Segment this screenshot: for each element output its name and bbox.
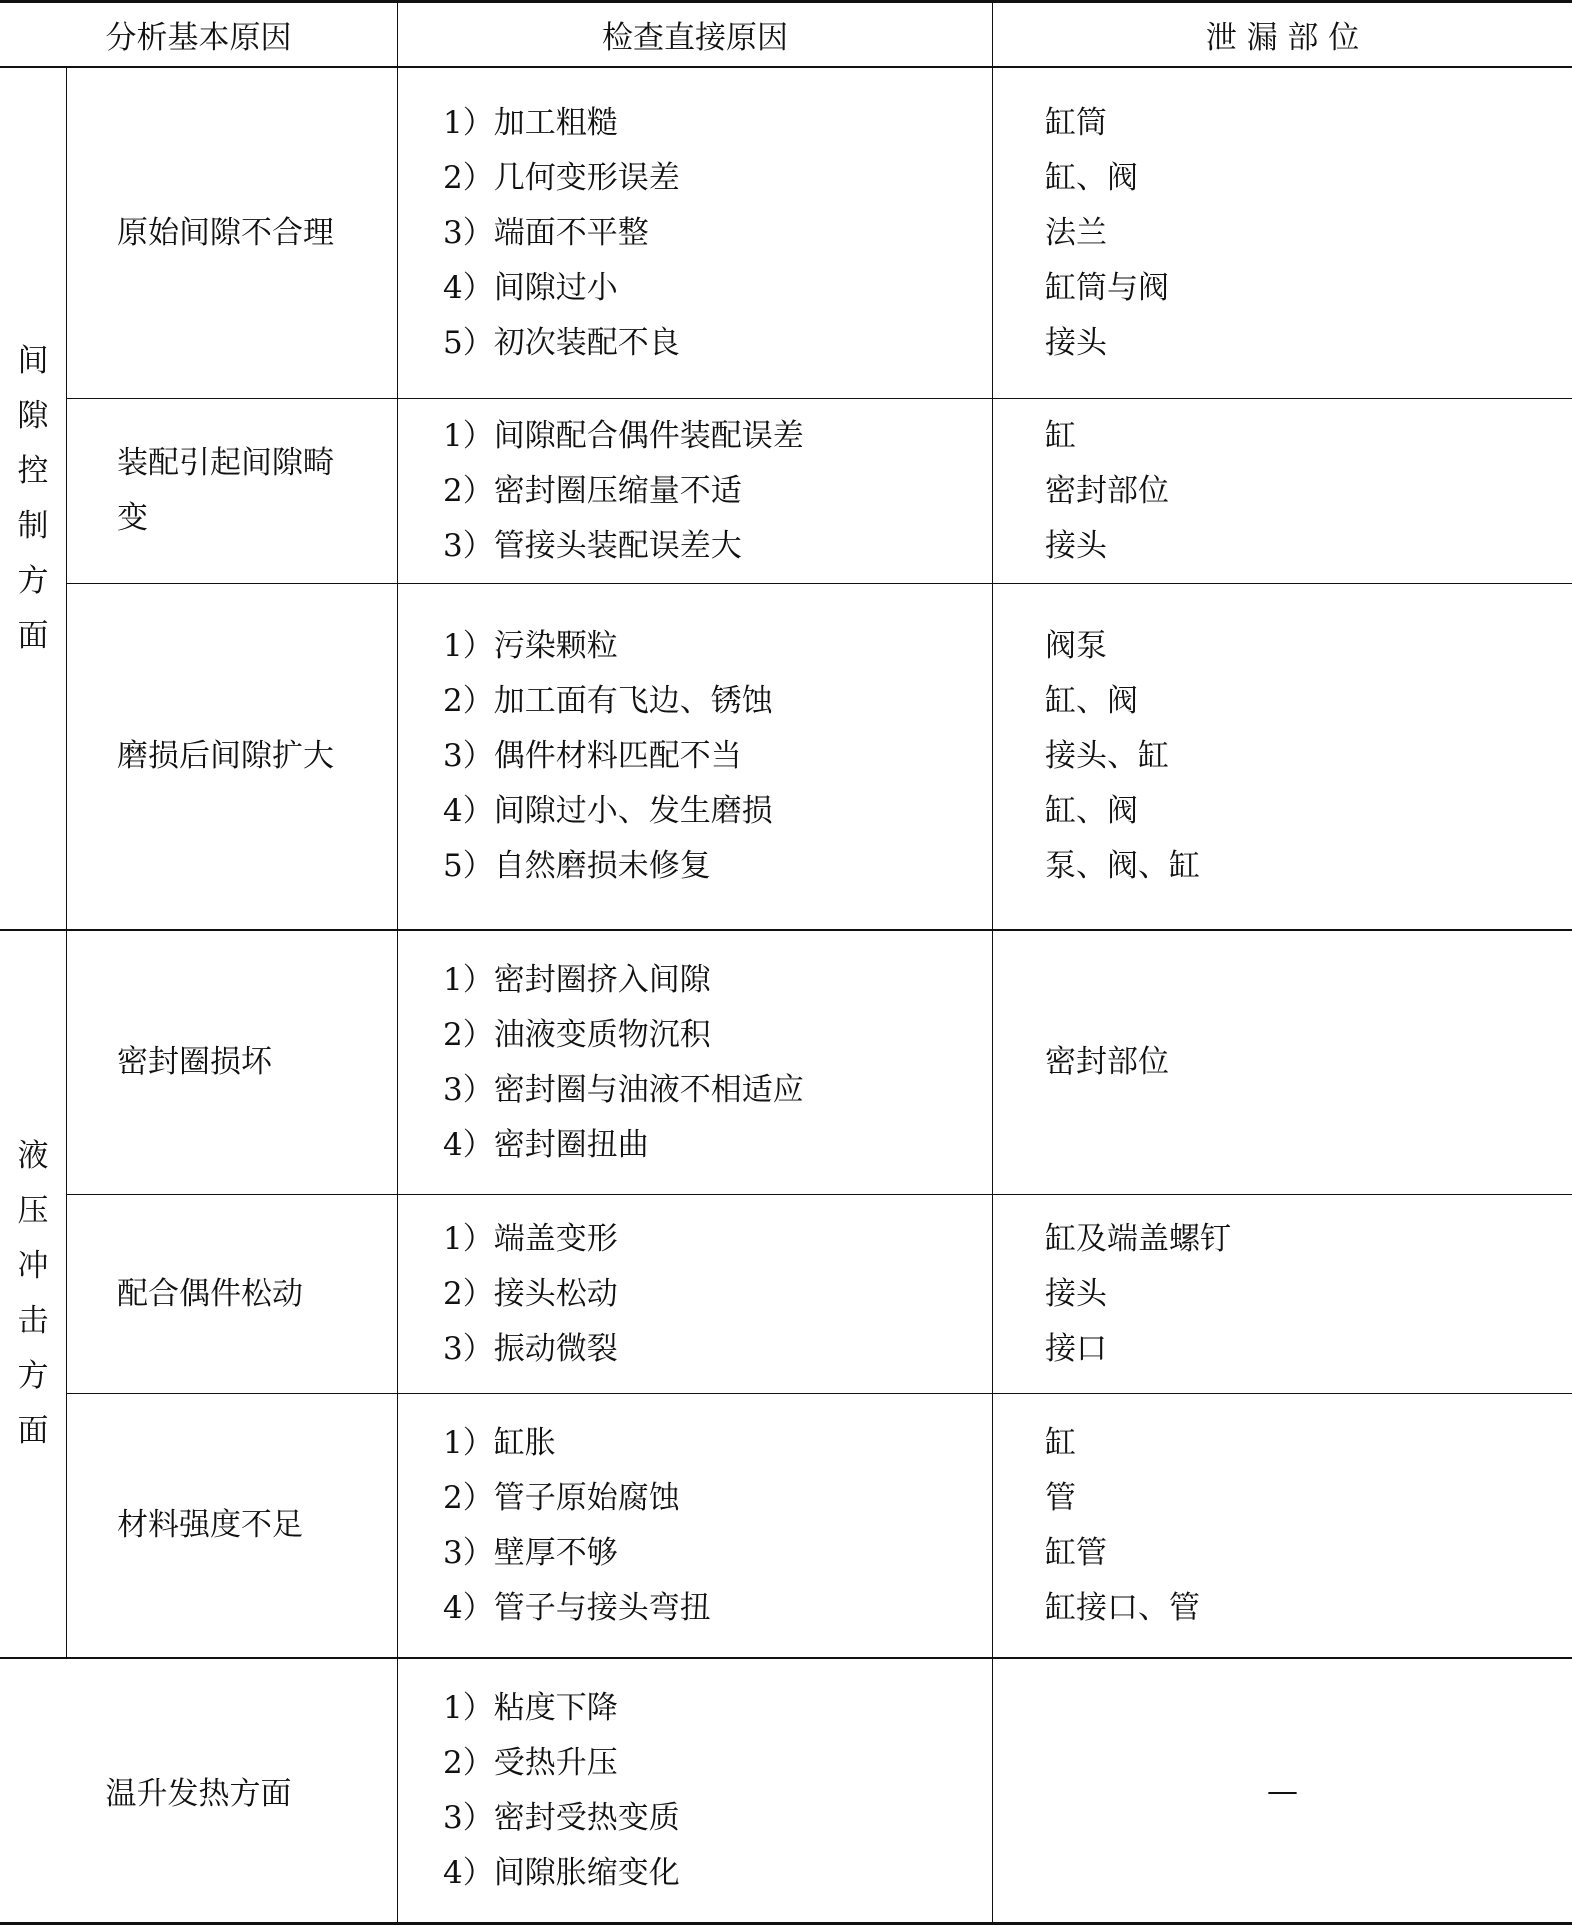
direct-cause-item: 1）加工粗糙	[443, 96, 992, 151]
direct-cause-item: 2）几何变形误差	[443, 151, 992, 206]
direct-cause-item: 4）间隙过小、发生磨损	[443, 784, 992, 839]
category-char: 控	[18, 444, 49, 499]
direct-cause-item: 2）管子原始腐蚀	[443, 1471, 992, 1526]
category-char: 冲	[18, 1239, 49, 1294]
direct-cause-item: 1）间隙配合偶件装配误差	[443, 409, 992, 464]
direct-cause-item: 4）管子与接头弯扭	[443, 1581, 992, 1636]
direct-cause-list: 1）缸胀 2）管子原始腐蚀 3）壁厚不够 4）管子与接头弯扭	[398, 1394, 992, 1657]
direct-cause-list: 1）污染颗粒 2）加工面有飞边、锈蚀 3）偶件材料匹配不当 4）间隙过小、发生磨…	[398, 584, 992, 929]
direct-cause-item: 3）管接头装配误差大	[443, 519, 992, 574]
leak-location-list: 缸 管 缸管 缸接口、管	[993, 1394, 1572, 1657]
basic-cause: 配合偶件松动	[67, 1195, 397, 1393]
direct-cause-item: 4）间隙胀缩变化	[443, 1846, 992, 1901]
leak-location-item: 缸	[1045, 1416, 1572, 1471]
leakage-cause-table: 分析基本原因 检查直接原因 泄 漏 部 位 间 隙 控 制 方 面 原始间隙不合…	[0, 0, 1572, 1926]
direct-cause-item: 2）油液变质物沉积	[443, 1008, 992, 1063]
direct-cause-list: 1）间隙配合偶件装配误差 2）密封圈压缩量不适 3）管接头装配误差大	[398, 399, 992, 583]
direct-cause-item: 3）偶件材料匹配不当	[443, 729, 992, 784]
leak-location-item: 缸、阀	[1045, 151, 1572, 206]
category-char: 击	[18, 1294, 49, 1349]
category-char: 液	[18, 1129, 49, 1184]
category-char: 制	[18, 499, 49, 554]
leak-location-item: 缸管	[1045, 1526, 1572, 1581]
leak-location-item: 缸及端盖螺钉	[1045, 1212, 1572, 1267]
direct-cause-item: 3）密封受热变质	[443, 1791, 992, 1846]
category-char: 面	[18, 609, 49, 664]
leak-location-item: 接口	[1045, 1322, 1572, 1377]
basic-cause-line: 变	[117, 491, 148, 546]
leak-location-list: 密封部位	[993, 931, 1572, 1194]
basic-cause: 原始间隙不合理	[67, 68, 397, 398]
leak-location-item: 密封部位	[1045, 464, 1572, 519]
direct-cause-item: 3）密封圈与油液不相适应	[443, 1063, 992, 1118]
leak-location-item: 接头	[1045, 1267, 1572, 1322]
table-bottom-border	[0, 1922, 1572, 1925]
direct-cause-list: 1）粘度下降 2）受热升压 3）密封受热变质 4）间隙胀缩变化	[398, 1659, 992, 1922]
leak-location-none: —	[993, 1659, 1572, 1922]
header-direct-cause: 检查直接原因	[398, 3, 992, 66]
leak-location-item: 密封部位	[1045, 1035, 1572, 1090]
direct-cause-item: 1）密封圈挤入间隙	[443, 953, 992, 1008]
leak-location-item: 法兰	[1045, 206, 1572, 261]
direct-cause-item: 2）受热升压	[443, 1736, 992, 1791]
basic-cause: 密封圈损坏	[67, 931, 397, 1194]
direct-cause-item: 2）接头松动	[443, 1267, 992, 1322]
direct-cause-item: 1）缸胀	[443, 1416, 992, 1471]
direct-cause-item: 5）自然磨损未修复	[443, 839, 992, 894]
category-char: 隙	[18, 389, 49, 444]
leak-location-item: 管	[1045, 1471, 1572, 1526]
leak-location-list: 缸 密封部位 接头	[993, 399, 1572, 583]
direct-cause-list: 1）密封圈挤入间隙 2）油液变质物沉积 3）密封圈与油液不相适应 4）密封圈扭曲	[398, 931, 992, 1194]
direct-cause-item: 4）间隙过小	[443, 261, 992, 316]
leak-location-list: 阀泵 缸、阀 接头、缸 缸、阀 泵、阀、缸	[993, 584, 1572, 929]
basic-cause: 磨损后间隙扩大	[67, 584, 397, 929]
category-char: 面	[18, 1404, 49, 1459]
basic-cause-line: 装配引起间隙畸	[117, 436, 334, 491]
leak-location-item: 缸筒	[1045, 96, 1572, 151]
leak-location-item: 接头、缸	[1045, 729, 1572, 784]
basic-cause: 装配引起间隙畸 变	[67, 399, 397, 583]
leak-location-item: 缸、阀	[1045, 674, 1572, 729]
category-char: 方	[18, 1349, 49, 1404]
direct-cause-item: 3）壁厚不够	[443, 1526, 992, 1581]
leak-location-item: 缸、阀	[1045, 784, 1572, 839]
direct-cause-item: 1）粘度下降	[443, 1681, 992, 1736]
direct-cause-item: 3）振动微裂	[443, 1322, 992, 1377]
category-char: 间	[18, 334, 49, 389]
leak-location-item: 缸	[1045, 409, 1572, 464]
direct-cause-item: 4）密封圈扭曲	[443, 1118, 992, 1173]
direct-cause-item: 2）加工面有飞边、锈蚀	[443, 674, 992, 729]
direct-cause-item: 2）密封圈压缩量不适	[443, 464, 992, 519]
direct-cause-item: 5）初次装配不良	[443, 316, 992, 371]
category-clearance-control: 间 隙 控 制 方 面	[0, 68, 66, 929]
category-char: 方	[18, 554, 49, 609]
header-leak-location: 泄 漏 部 位	[993, 3, 1572, 66]
basic-cause: 材料强度不足	[67, 1394, 397, 1657]
leak-location-item: 接头	[1045, 519, 1572, 574]
direct-cause-item: 1）污染颗粒	[443, 619, 992, 674]
category-char: 压	[18, 1184, 49, 1239]
direct-cause-item: 3）端面不平整	[443, 206, 992, 261]
leak-location-item: 阀泵	[1045, 619, 1572, 674]
header-basic-cause: 分析基本原因	[0, 3, 397, 66]
leak-location-item: 接头	[1045, 316, 1572, 371]
direct-cause-list: 1）加工粗糙 2）几何变形误差 3）端面不平整 4）间隙过小 5）初次装配不良	[398, 68, 992, 398]
leak-location-item: 泵、阀、缸	[1045, 839, 1572, 894]
category-hydraulic-shock: 液 压 冲 击 方 面	[0, 931, 66, 1657]
direct-cause-item: 1）端盖变形	[443, 1212, 992, 1267]
leak-location-item: 缸筒与阀	[1045, 261, 1572, 316]
leak-location-list: 缸及端盖螺钉 接头 接口	[993, 1195, 1572, 1393]
leak-location-list: 缸筒 缸、阀 法兰 缸筒与阀 接头	[993, 68, 1572, 398]
leak-location-item: 缸接口、管	[1045, 1581, 1572, 1636]
direct-cause-list: 1）端盖变形 2）接头松动 3）振动微裂	[398, 1195, 992, 1393]
category-temperature-heating: 温升发热方面	[0, 1659, 397, 1922]
